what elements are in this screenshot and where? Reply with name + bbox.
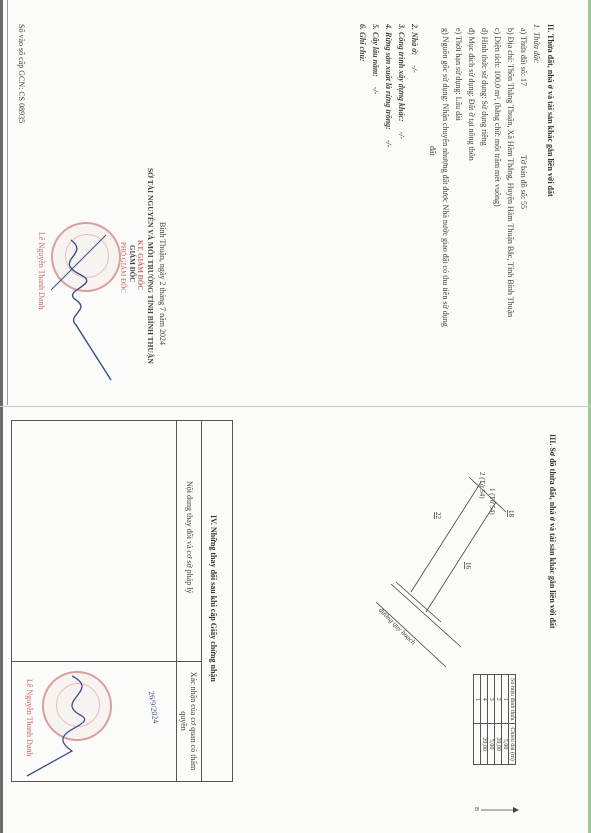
production-forest-label: 4. Rừng sản xuất là rừng trồng:-/- — [384, 24, 393, 147]
use-form: d) Hình thức sử dụng: Sử dụng riêng — [480, 28, 489, 146]
table-row: 15,00 — [502, 675, 509, 765]
perennial-trees-label: 5. Cây lâu năm:-/- — [371, 24, 380, 94]
kt-director: KT. GIÁM ĐỐC — [136, 240, 144, 290]
address: b) Địa chỉ: Thôn Thắng Thuận, Xã Hàm Thắ… — [506, 28, 515, 317]
section-ii: II. Thửa đất, nhà ở và tài sản khác gắn … — [0, 0, 591, 405]
other-works-label: 3. Công trình xây dựng khác:-/- — [397, 24, 406, 139]
section-iii-iv: III. Sơ đồ thửa đất, nhà ở và tài sản kh… — [0, 412, 591, 833]
neighbor-16: 16 — [464, 562, 472, 570]
col-change-content: Nội dung thay đổi và cơ sở pháp lý — [185, 481, 194, 593]
neighbor-18: 18 — [507, 510, 515, 518]
point-2: 2 (Tờ 54) — [478, 472, 486, 499]
land-heading: 1. Thửa đất: — [532, 24, 541, 64]
table-row: 220,00 — [495, 675, 502, 765]
table-row: 420,00 — [481, 675, 488, 765]
issuing-agency: SỞ TÀI NGUYÊN VÀ MÔI TRƯỜNG TỈNH BÌNH TH… — [146, 168, 155, 364]
north-arrow-icon — [479, 804, 519, 816]
col-confirmation: Xác nhận của cơ quan có thẩm quyền — [178, 667, 198, 775]
signature — [41, 230, 121, 390]
use-origin-cont: đất — [428, 146, 437, 156]
use-origin: g) Nguồn gốc sử dụng: Nhận chuyển nhượng… — [441, 28, 450, 327]
table-row: 1 — [474, 675, 481, 765]
neighbor-22: 22 — [434, 512, 442, 520]
map-sheet-number: Tờ bản đồ số: 55 — [519, 155, 528, 209]
house-label: 2. Nhà ở:-/- — [410, 24, 419, 73]
north-label: B — [473, 807, 479, 811]
certificate-page: II. Thửa đất, nhà ở và tài sản khác gắn … — [0, 0, 591, 833]
place-date: Bình Thuận, ngày 2 tháng 7 năm 2024 — [158, 222, 167, 345]
section-iii-title: III. Sơ đồ thửa đất, nhà ở và tài sản kh… — [548, 434, 557, 629]
section-ii-title: II. Thửa đất, nhà ở và tài sản khác gắn … — [546, 24, 555, 197]
confirmation-signature — [22, 671, 112, 781]
changes-box: IV. Những thay đổi sau khi cấp Giấy chứn… — [11, 420, 233, 782]
edge-length-table: Số hiệu đỉnh thửa Chiều dài (m) 15,00 22… — [473, 674, 516, 765]
page-edge — [7, 0, 8, 405]
signer-name: Lê Nguyễn Thanh Danh — [37, 232, 46, 309]
use-term: e) Thời hạn sử dụng: Lâu dài — [454, 28, 463, 121]
use-purpose: đ) Mục đích sử dụng: Đất ở tại nông thôn — [467, 28, 476, 161]
director-title: GIÁM ĐỐC — [128, 245, 136, 282]
parcel-diagram: 18 16 22 — [361, 452, 541, 672]
parcel-number: a) Thửa đất số: 17 — [519, 28, 528, 86]
area: c) Diện tích: 100,0 m², (bằng chữ: một t… — [493, 28, 502, 207]
section-iv-title: IV. Những thay đổi sau khi cấp Giấy chứn… — [209, 515, 218, 682]
table-row: 35,00 — [488, 675, 495, 765]
confirmation-date: 26/9/2024 — [147, 691, 160, 724]
table-header-vertex: Số hiệu đỉnh thửa — [509, 675, 516, 724]
notes-label: 6. Ghi chú: — [358, 24, 367, 62]
table-header-length: Chiều dài (m) — [509, 724, 516, 764]
fold-line — [0, 406, 591, 407]
point-1: 1 (Tờ 54) — [488, 488, 496, 515]
registry-number: Số vào sổ cấp GCN: CS 08935 — [17, 24, 26, 123]
